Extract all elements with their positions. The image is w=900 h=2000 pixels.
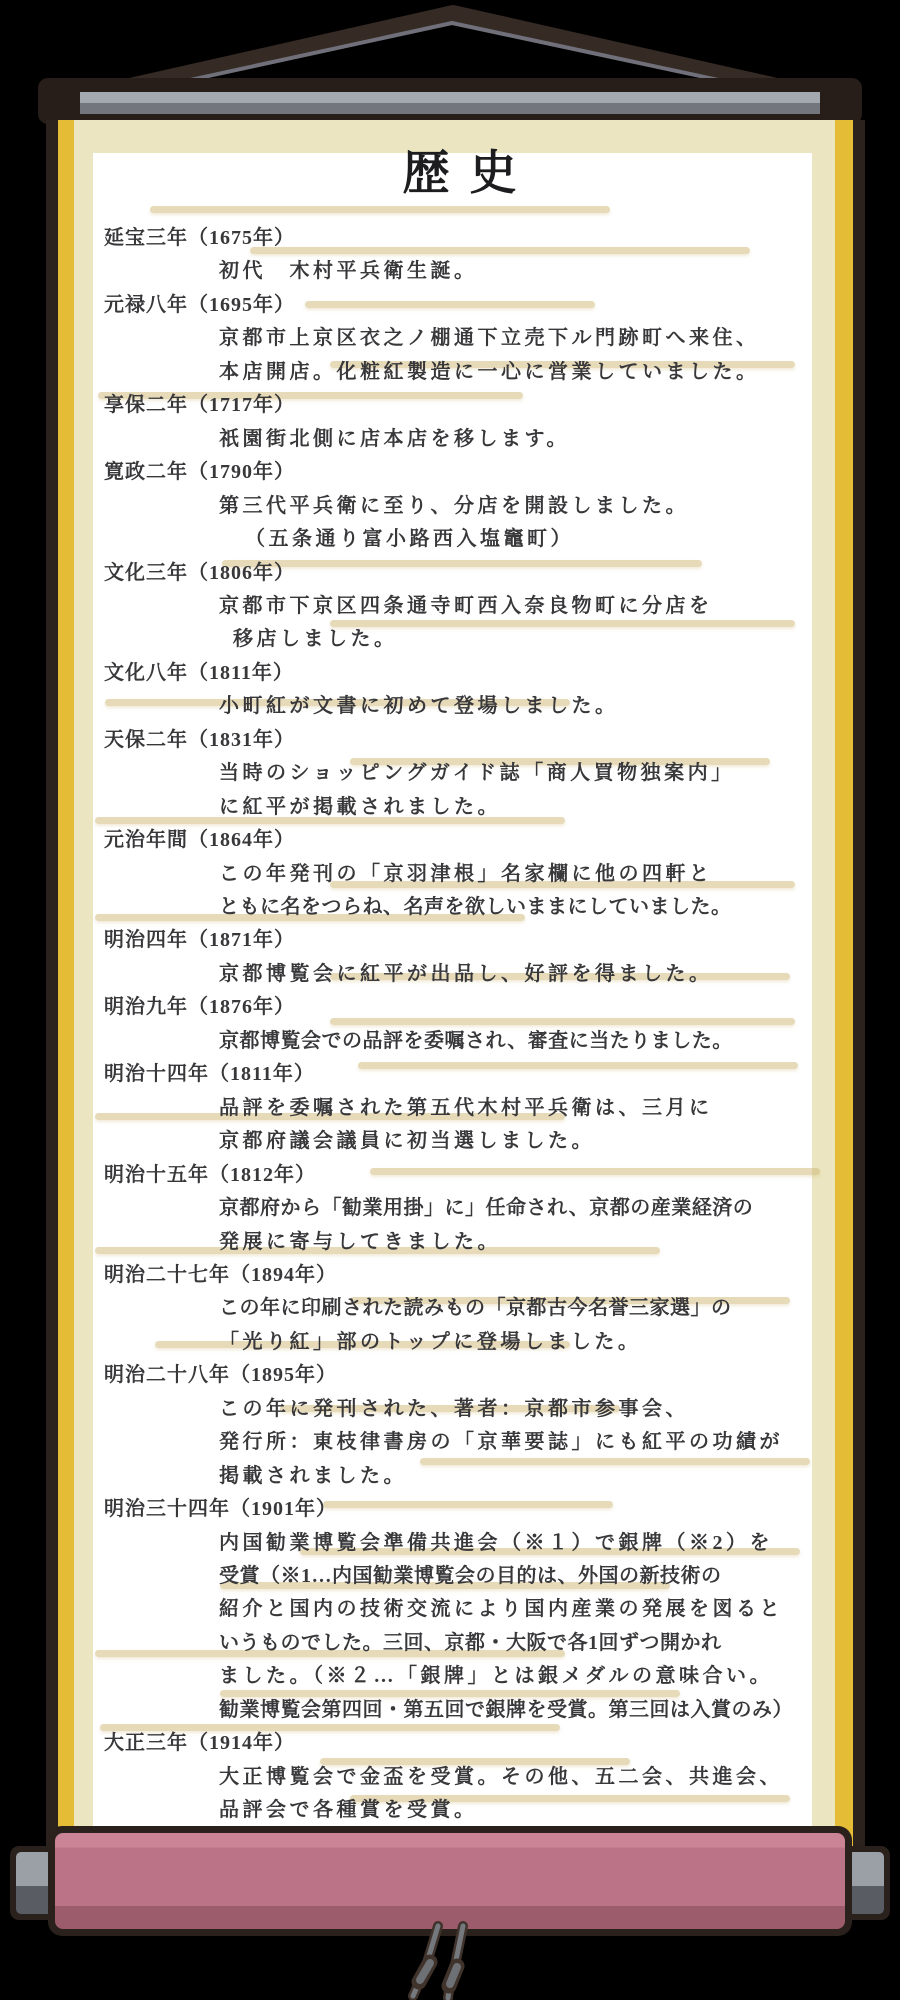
brush-highlight-stroke	[420, 1458, 810, 1465]
timeline-text-line: 「光り紅」部のトップに登場しました。	[219, 1326, 641, 1359]
timeline-text-line: 京都市上京区衣之ノ棚通下立売下ル門跡町へ来住、	[219, 322, 760, 355]
timeline-text-line: ともに名をつらね、名声を欲しいままにしていました。	[219, 891, 732, 924]
timeline-era-label: 天保二年（1831年）	[104, 724, 295, 757]
timeline-text-line: 移店しました。	[233, 623, 398, 656]
timeline-text-line: 初代 木村平兵衛生誕。	[219, 255, 478, 288]
brush-highlight-stroke	[358, 1062, 798, 1069]
timeline-era-label: 明治十四年（1811年）	[104, 1058, 315, 1091]
roller-cap-metal-left	[16, 1852, 52, 1914]
timeline-era-label: 明治二十七年（1894年）	[104, 1259, 337, 1292]
brush-highlight-stroke	[330, 1018, 795, 1025]
timeline-text-line: 第三代平兵衛に至り、分店を開設しました。	[219, 490, 689, 523]
timeline-era-label: 延宝三年（1675年）	[104, 222, 295, 255]
timeline-text-line: 発行所：東枝律書房の「京華要誌」にも紅平の功績が	[219, 1426, 783, 1459]
timeline-text-line: 内国勧業博覧会準備共進会（※１）で銀牌（※2）を	[219, 1527, 773, 1560]
brush-highlight-stroke	[305, 301, 595, 308]
timeline-text-line: （五条通り富小路西入塩竈町）	[245, 523, 574, 556]
brush-highlight-stroke	[150, 206, 610, 213]
timeline-text-line: 当時のショッピングガイド誌「商人買物独案内」	[219, 757, 735, 790]
timeline-text-line: 発展に寄与してきました。	[219, 1226, 501, 1259]
timeline-text-line: 京都市下京区四条通寺町西入奈良物町に分店を	[219, 590, 713, 623]
timeline-era-label: 明治二十八年（1895年）	[104, 1359, 337, 1392]
timeline-text-line: 京都博覧会に紅平が出品し、好評を得ました。	[219, 958, 713, 991]
timeline-text-line: この年発刊の「京羽津根」名家欄に他の四軒と	[219, 858, 713, 891]
timeline-text-line: ました。（※２…「銀牌」とは銀メダルの意味合い。	[219, 1660, 773, 1693]
timeline-text-line: に紅平が掲載されました。	[219, 791, 501, 824]
timeline-text-line: 本店開店。化粧紅製造に一心に営業していました。	[219, 356, 760, 389]
timeline-text-line: 品評会で各種賞を受賞。	[219, 1794, 478, 1827]
timeline-text-line: 京都府議会議員に初当選しました。	[219, 1125, 595, 1158]
timeline-era-label: 享保二年（1717年）	[104, 389, 295, 422]
timeline-text-line: 大正博覧会で金盃を受賞。その他、五二会、共進会、	[219, 1761, 783, 1794]
roller-pink-fabric	[55, 1833, 845, 1929]
timeline-era-label: 明治三十四年（1901年）	[104, 1493, 337, 1526]
timeline-text-line: 紹介と国内の技術交流により国内産業の発展を図ると	[219, 1593, 783, 1626]
timeline-text-line: この年に発刊された、著者：京都市参事会、	[219, 1393, 689, 1426]
timeline-era-label: 大正三年（1914年）	[104, 1727, 295, 1760]
roller-cap-metal-right	[848, 1852, 884, 1914]
timeline-text-line: 受賞（※1…内国勧業博覧会の目的は、外国の新技術の	[219, 1560, 722, 1593]
timeline-text-line: 勧業博覧会第四回・第五回で銀牌を受賞。第三回は入賞のみ）	[219, 1694, 793, 1727]
timeline-era-label: 元禄八年（1695年）	[104, 289, 295, 322]
brush-highlight-stroke	[370, 1168, 820, 1175]
timeline-era-label: 文化三年（1806年）	[104, 557, 295, 590]
page-title: 歴史	[93, 148, 812, 200]
timeline-text-line: 掲載されました。	[219, 1460, 407, 1493]
timeline-era-label: 明治九年（1876年）	[104, 991, 295, 1024]
timeline-text-line: 小町紅が文書に初めて登場しました。	[219, 690, 619, 723]
timeline-era-label: 寛政二年（1790年）	[104, 456, 295, 489]
timeline-era-label: 明治四年（1871年）	[104, 924, 295, 957]
brush-highlight-stroke	[250, 247, 750, 254]
timeline-era-label: 元治年間（1864年）	[104, 824, 295, 857]
timeline-text-line: この年に印刷された読みもの「京都古今名誉三家選」の	[219, 1292, 732, 1325]
brush-highlight-stroke	[323, 1501, 613, 1508]
timeline-era-label: 明治十五年（1812年）	[104, 1159, 316, 1192]
hanging-scroll-page: 歴史 延宝三年（1675年）初代 木村平兵衛生誕。元禄八年（1695年）京都市上…	[0, 0, 900, 2000]
timeline-era-label: 文化八年（1811年）	[104, 657, 294, 690]
timeline-text-line: 京都府から「勧業用掛」に」任命され、京都の産業経済の	[219, 1192, 753, 1225]
scroll-top-rod-metal-bar	[80, 92, 820, 114]
roller-strings	[0, 1920, 900, 2000]
timeline-text-line: 京都博覧会での品評を委嘱され、審査に当たりました。	[219, 1025, 733, 1058]
timeline-text-line: いうものでした。三回、京都・大阪で各1回ずつ開かれ	[219, 1627, 722, 1660]
scroll-top-rod	[38, 78, 862, 124]
timeline-text-line: 祇園街北側に店本店を移します。	[219, 423, 570, 456]
timeline-text-line: 品評を委嘱された第五代木村平兵衛は、三月に	[219, 1092, 713, 1125]
